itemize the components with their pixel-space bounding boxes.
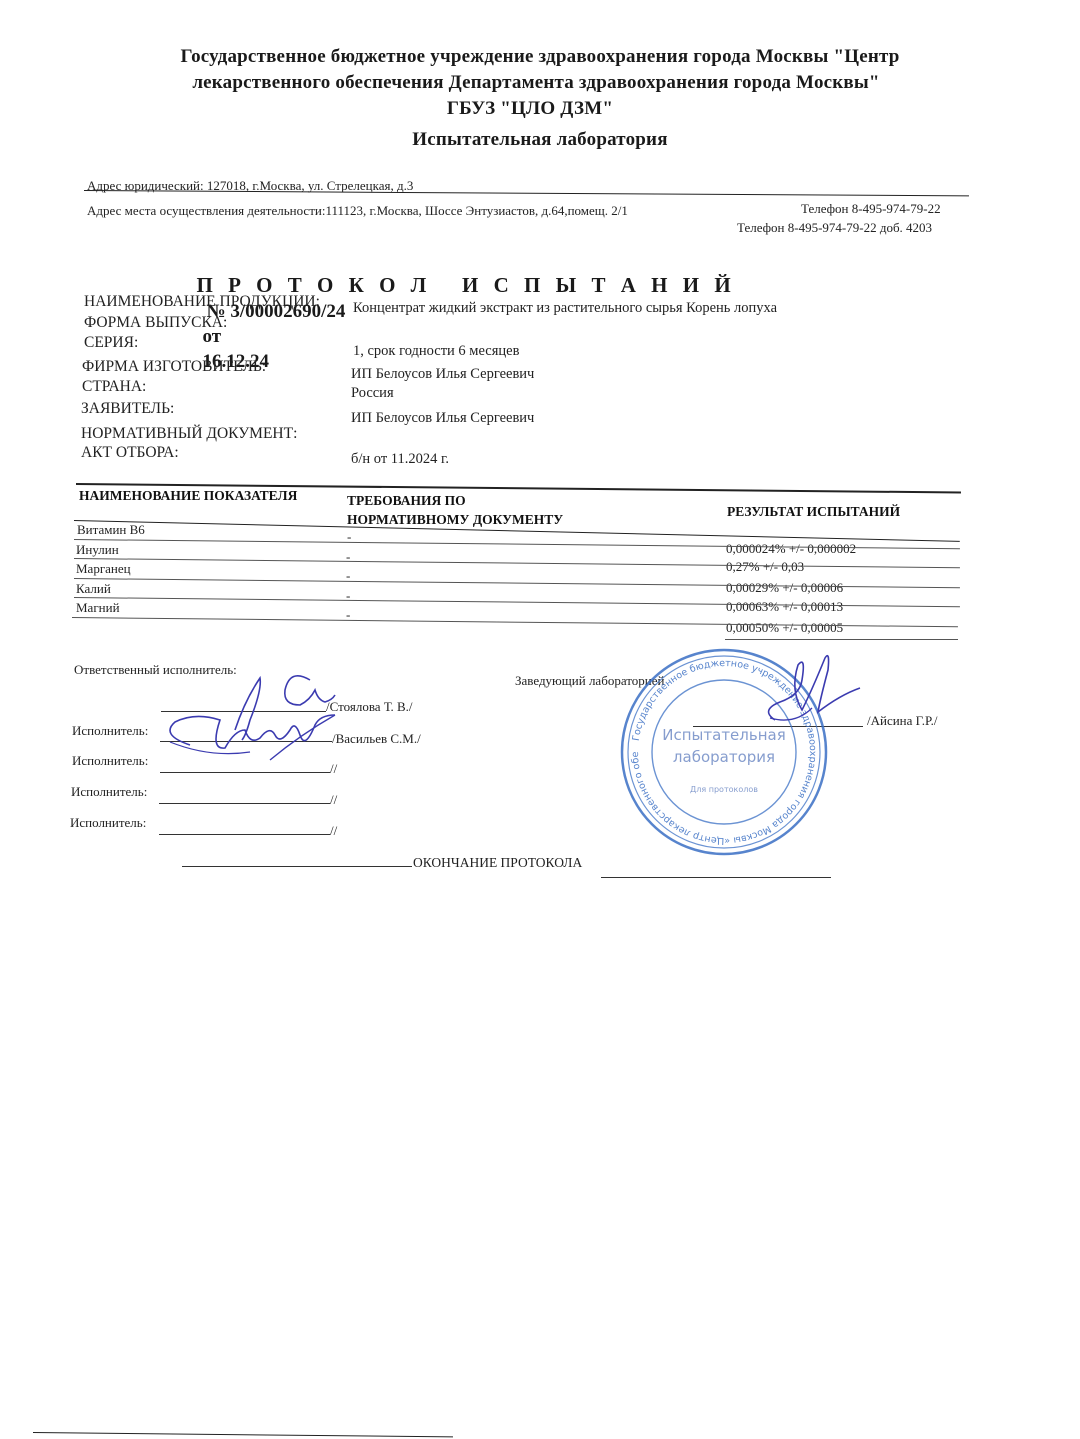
executor-name: // — [330, 823, 337, 839]
page-bottom-rule — [33, 1432, 453, 1437]
row-separator — [74, 558, 960, 568]
row-result: 0,00050% +/- 0,00005 — [726, 620, 843, 636]
legal-address: Адрес юридический: 127018, г.Москва, ул.… — [87, 178, 413, 194]
row-indicator: Марганец — [76, 561, 131, 577]
end-of-protocol-label: ОКОНЧАНИЕ ПРОТОКОЛА — [413, 855, 582, 871]
field-value-product: Концентрат жидкий экстракт из растительн… — [353, 300, 777, 317]
row-result: 0,000024% +/- 0,000002 — [726, 541, 856, 557]
signature-line — [159, 834, 330, 835]
row-result: 0,27% +/- 0,03 — [726, 559, 804, 575]
row-indicator: Инулин — [76, 542, 119, 558]
signature-line — [160, 772, 330, 773]
col-header-indicator: НАИМЕНОВАНИЕ ПОКАЗАТЕЛЯ — [79, 487, 297, 504]
row-requirement: - — [346, 588, 350, 604]
field-label-country: СТРАНА: — [82, 378, 146, 396]
lab-name: Испытательная лаборатория — [0, 129, 1080, 151]
row-indicator: Калий — [76, 581, 111, 597]
field-label-series: СЕРИЯ: — [84, 334, 138, 352]
row-result: 0,00029% +/- 0,00006 — [726, 580, 843, 596]
field-label-norm-doc: НОРМАТИВНЫЙ ДОКУМЕНТ: — [81, 425, 297, 443]
col-header-requirement-2: НОРМАТИВНОМУ ДОКУМЕНТУ — [347, 511, 563, 528]
executor-label: Исполнитель: — [70, 815, 146, 831]
phone-2: Телефон 8-495-974-79-22 доб. 4203 — [737, 220, 932, 236]
svg-text:Для протоколов: Для протоколов — [690, 785, 758, 794]
field-label-sampling-act: АКТ ОТБОРА: — [81, 444, 179, 462]
org-name-line-1: Государственное бюджетное учреждение здр… — [0, 46, 1080, 68]
field-value-country: Россия — [351, 385, 394, 402]
field-label-applicant: ЗАЯВИТЕЛЬ: — [81, 400, 174, 418]
table-bottom-rule — [725, 639, 958, 640]
field-value-applicant: ИП Белоусов Илья Сергеевич — [351, 410, 534, 427]
field-label-product: НАИМЕНОВАНИЕ ПРОДУКЦИИ: — [84, 293, 320, 311]
executor-label: Исполнитель: — [71, 784, 147, 800]
col-header-result: РЕЗУЛЬТАТ ИСПЫТАНИЙ — [727, 503, 900, 520]
signature-line — [159, 803, 330, 804]
head-signature-icon — [740, 650, 870, 730]
phone-1: Телефон 8-495-974-79-22 — [801, 201, 941, 217]
field-value-sampling-act: б/н от 11.2024 г. — [351, 451, 449, 468]
end-line-right — [601, 877, 831, 878]
field-value-manufacturer: ИП Белоусов Илья Сергеевич — [351, 366, 534, 383]
activity-address: Адрес места осуществления деятельности:1… — [87, 203, 628, 219]
svg-text:лаборатория: лаборатория — [673, 748, 775, 766]
handwritten-signature-icon — [150, 660, 350, 770]
executor-label: Исполнитель: — [72, 753, 148, 769]
lab-head-name: /Айсина Г.Р./ — [867, 713, 937, 729]
field-label-manufacturer: ФИРМА ИЗГОТОВИТЕЛЬ: — [82, 358, 266, 376]
col-header-requirement-1: ТРЕБОВАНИЯ ПО — [347, 492, 466, 509]
row-requirement: - — [346, 549, 350, 565]
row-indicator: Магний — [76, 600, 120, 616]
field-value-series: 1, срок годности 6 месяцев — [353, 343, 519, 360]
executor-label: Исполнитель: — [72, 723, 148, 739]
end-line-left — [182, 866, 412, 867]
org-name-line-2: лекарственного обеспечения Департамента … — [0, 72, 1076, 94]
org-short-name: ГБУЗ "ЦЛО ДЗМ" — [0, 98, 1070, 120]
field-label-form: ФОРМА ВЫПУСКА: — [84, 314, 227, 332]
executor-name: // — [330, 792, 337, 808]
row-indicator: Витамин В6 — [77, 522, 145, 538]
row-result: 0,00063% +/- 0,00013 — [726, 599, 843, 615]
